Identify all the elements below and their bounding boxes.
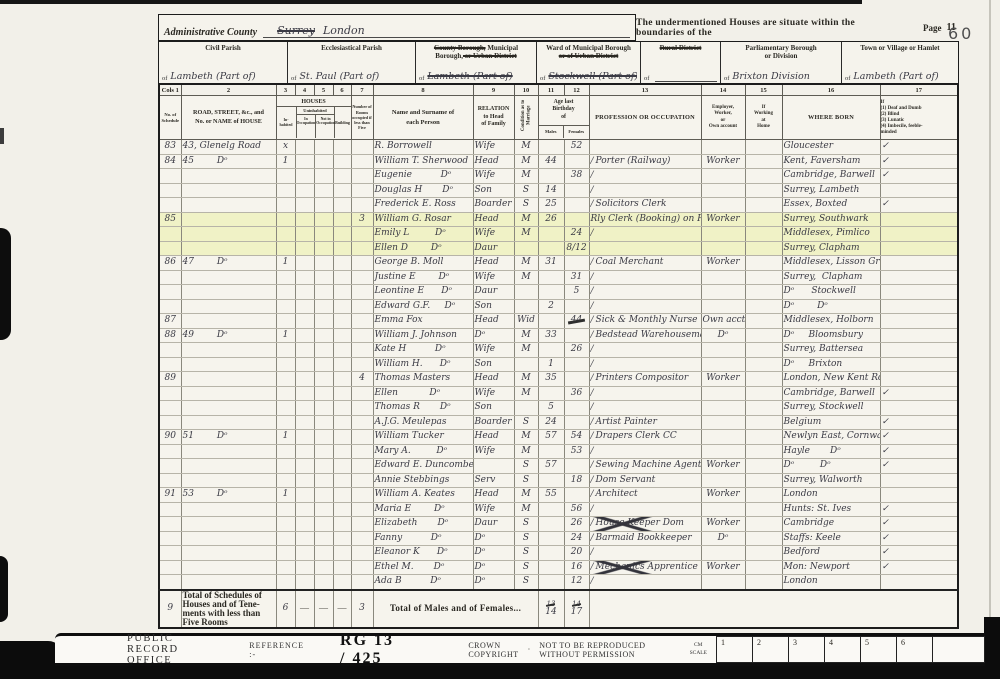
rooms-cell bbox=[351, 560, 373, 575]
of-label: of bbox=[540, 75, 545, 82]
column-number: 4 bbox=[295, 84, 314, 96]
tally-mark: ∕ bbox=[591, 576, 594, 586]
employer-cell bbox=[701, 169, 745, 184]
tally-mark: ∕ bbox=[591, 460, 594, 470]
inhabited-cell bbox=[276, 386, 295, 401]
profession-text: Drapers Clerk CC bbox=[596, 431, 677, 441]
at-home-cell bbox=[745, 488, 782, 503]
uninhabited-not-occupation-cell bbox=[314, 415, 333, 430]
census-row: 8445 Dᵒ1William T. SherwoodHeadM44∕Porte… bbox=[159, 154, 958, 169]
age-female-cell bbox=[564, 299, 589, 314]
infirmity-cell bbox=[880, 372, 958, 387]
ward-label: Ward of Municipal Borough or of Urban Di… bbox=[537, 42, 640, 61]
employer-cell: Worker bbox=[701, 372, 745, 387]
relation-cell: Wife bbox=[473, 227, 514, 242]
relation-cell: Wife bbox=[473, 140, 514, 155]
totals-males-struck: 13 bbox=[540, 601, 563, 608]
county-struck-value: Surrey bbox=[277, 24, 315, 37]
condition-cell: S bbox=[514, 198, 538, 213]
census-scan-page: 60 Administrative County Surrey London T… bbox=[0, 0, 1000, 679]
age-male-cell bbox=[538, 314, 564, 329]
address-cell bbox=[181, 212, 276, 227]
column-number: 16 bbox=[782, 84, 880, 96]
tally-mark: ∕ bbox=[591, 257, 594, 267]
name-cell: Ada B Dᵒ bbox=[373, 575, 473, 590]
uninhabited-not-occupation-cell bbox=[314, 285, 333, 300]
census-row: Edward G.F. DᵒSon2∕Dᵒ Dᵒ bbox=[159, 299, 958, 314]
infirmity-cell: ✓ bbox=[880, 386, 958, 401]
employer-cell bbox=[701, 401, 745, 416]
relation-cell: Wife bbox=[473, 502, 514, 517]
at-home-cell bbox=[745, 575, 782, 590]
census-row: Kate H DᵒWifeM26∕Surrey, Battersea bbox=[159, 343, 958, 358]
scan-blob bbox=[0, 228, 11, 340]
profession-cell: ∕Drapers Clerk CC bbox=[589, 430, 701, 445]
schedule-number-cell: 84 bbox=[159, 154, 181, 169]
profession-cell: ∕Coal Merchant bbox=[589, 256, 701, 271]
uninhabited-not-occupation-cell bbox=[314, 401, 333, 416]
census-row: 853William G. RosarHeadM26Rly Clerk (Boo… bbox=[159, 212, 958, 227]
schedule-number-cell bbox=[159, 401, 181, 416]
relation-cell: Wife bbox=[473, 444, 514, 459]
born-cell: London bbox=[782, 575, 880, 590]
address-cell bbox=[181, 560, 276, 575]
uninhabited-in-occupation-cell bbox=[295, 430, 314, 445]
address-cell: 45 Dᵒ bbox=[181, 154, 276, 169]
profession-text: Dom Servant bbox=[596, 475, 656, 485]
name-cell: George B. Moll bbox=[373, 256, 473, 271]
schedule-number-cell bbox=[159, 343, 181, 358]
census-row: William H. DᵒSon1∕Dᵒ Brixton bbox=[159, 357, 958, 372]
at-home-cell bbox=[745, 256, 782, 271]
address-cell bbox=[181, 372, 276, 387]
age-male-cell bbox=[538, 270, 564, 285]
census-row: Ethel M. DᵒDᵒS16∕Mechanics ApprenticeWor… bbox=[159, 560, 958, 575]
infirmity-cell bbox=[880, 256, 958, 271]
age-male-cell bbox=[538, 444, 564, 459]
born-cell: Middlesex, Holborn bbox=[782, 314, 880, 329]
reference-value: RG 13 / 425 bbox=[340, 632, 394, 668]
rooms-cell: 3 bbox=[351, 212, 373, 227]
inhabited-cell bbox=[276, 314, 295, 329]
census-row: Ellen D DᵒDaur8/12Surrey, Clapham bbox=[159, 241, 958, 256]
profession-cell: ∕ bbox=[589, 357, 701, 372]
civil-parish-value: Lambeth (Part of) bbox=[170, 71, 255, 82]
age-female-cell: 56 bbox=[564, 502, 589, 517]
employer-cell: Worker bbox=[701, 517, 745, 532]
building-cell bbox=[333, 140, 351, 155]
column-number: 2 bbox=[181, 84, 276, 96]
age-male-cell: 1 bbox=[538, 357, 564, 372]
uninhabited-in-occupation-cell bbox=[295, 270, 314, 285]
rooms-cell bbox=[351, 517, 373, 532]
age-male-cell: 26 bbox=[538, 212, 564, 227]
totals-inhabited: 6 bbox=[276, 590, 295, 628]
age-female-cell: 5 bbox=[564, 285, 589, 300]
infirmity-cell bbox=[880, 401, 958, 416]
rooms-cell bbox=[351, 575, 373, 590]
schedule-number-cell bbox=[159, 517, 181, 532]
census-row: 9051 Dᵒ1William TuckerHeadM5754∕Drapers … bbox=[159, 430, 958, 445]
name-cell: Justine E Dᵒ bbox=[373, 270, 473, 285]
address-cell bbox=[181, 285, 276, 300]
uninhabited-not-occupation-cell bbox=[314, 183, 333, 198]
age-female-cell: 44 bbox=[564, 314, 589, 329]
condition-cell: S bbox=[514, 415, 538, 430]
totals-males: 13 14 bbox=[538, 590, 564, 628]
age-male-cell: 31 bbox=[538, 256, 564, 271]
uninhabited-not-occupation-cell bbox=[314, 575, 333, 590]
profession-cell: ∕ bbox=[589, 502, 701, 517]
infirmity-cell: ✓ bbox=[880, 517, 958, 532]
schedule-number-cell bbox=[159, 227, 181, 242]
column-number: 6 bbox=[333, 84, 351, 96]
name-cell: Kate H Dᵒ bbox=[373, 343, 473, 358]
of-label: of bbox=[845, 75, 850, 82]
schedule-number-cell bbox=[159, 546, 181, 561]
inhabited-cell bbox=[276, 444, 295, 459]
inhabited-cell bbox=[276, 299, 295, 314]
profession-cell: ∕Printers Compositor bbox=[589, 372, 701, 387]
profession-text: Rly Clerk (Booking) on Ry bbox=[591, 214, 702, 224]
column-number: 10 bbox=[514, 84, 538, 96]
infirmity-cell: ✓ bbox=[880, 546, 958, 561]
census-row: Thomas R DᵒSon5∕Surrey, Stockwell bbox=[159, 401, 958, 416]
employer-cell bbox=[701, 415, 745, 430]
inhabited-cell: 1 bbox=[276, 328, 295, 343]
at-home-cell bbox=[745, 212, 782, 227]
form-header-row: Administrative County Surrey London The … bbox=[158, 14, 959, 41]
inhabited-cell bbox=[276, 517, 295, 532]
infirmity-cell bbox=[880, 488, 958, 503]
condition-cell: M bbox=[514, 430, 538, 445]
born-cell: Dᵒ Dᵒ bbox=[782, 459, 880, 474]
relation-cell: Wife bbox=[473, 169, 514, 184]
address-cell bbox=[181, 299, 276, 314]
relation-cell: Head bbox=[473, 256, 514, 271]
rooms-cell bbox=[351, 241, 373, 256]
condition-cell: M bbox=[514, 502, 538, 517]
column-number: 17 bbox=[880, 84, 958, 96]
county-value: London bbox=[323, 24, 365, 37]
employer-cell bbox=[701, 575, 745, 590]
address-cell: 47 Dᵒ bbox=[181, 256, 276, 271]
employer-cell: Worker bbox=[701, 212, 745, 227]
schedule-number-cell bbox=[159, 386, 181, 401]
employer-cell bbox=[701, 430, 745, 445]
schedule-number-cell bbox=[159, 285, 181, 300]
uninhabited-in-occupation-cell bbox=[295, 459, 314, 474]
at-home-cell bbox=[745, 502, 782, 517]
at-home-cell bbox=[745, 415, 782, 430]
uninhabited-in-occupation-cell bbox=[295, 169, 314, 184]
infirmity-cell bbox=[880, 314, 958, 329]
totals-uninhabited-in: — bbox=[295, 590, 314, 628]
uninhabited-in-occupation-cell bbox=[295, 415, 314, 430]
born-cell: Cambridge, Barwell bbox=[782, 169, 880, 184]
name-cell: Ellen D Dᵒ bbox=[373, 241, 473, 256]
building-cell bbox=[333, 270, 351, 285]
schedule-number-cell bbox=[159, 357, 181, 372]
building-cell bbox=[333, 488, 351, 503]
header-age-group: Age last Birthday of Males Females bbox=[538, 96, 589, 140]
rural-district-label: Rural District bbox=[660, 44, 702, 52]
totals-males-value: 14 bbox=[540, 608, 563, 617]
age-female-cell bbox=[564, 256, 589, 271]
ecclesiastical-parish-box: Ecclesiastical Parish ofSt. Paul (Part o… bbox=[287, 42, 415, 83]
employer-cell bbox=[701, 140, 745, 155]
relation-cell: Wife bbox=[473, 270, 514, 285]
ruler-cell: 2 bbox=[753, 636, 789, 663]
relation-cell: Dᵒ bbox=[473, 531, 514, 546]
name-cell: Maria E Dᵒ bbox=[373, 502, 473, 517]
profession-cell: ∕ bbox=[589, 401, 701, 416]
condition-cell: M bbox=[514, 444, 538, 459]
building-cell bbox=[333, 198, 351, 213]
profession-cell: ∕ bbox=[589, 169, 701, 184]
age-female-cell bbox=[564, 459, 589, 474]
age-female-cell bbox=[564, 212, 589, 227]
profession-cell: ∕Architect bbox=[589, 488, 701, 503]
inhabited-cell bbox=[276, 270, 295, 285]
profession-text: Solicitors Clerk bbox=[596, 199, 667, 209]
permission-label: NOT TO BE REPRODUCED WITHOUT PERMISSION bbox=[539, 641, 647, 659]
totals-females-value: 17 bbox=[566, 608, 588, 617]
administrative-county-label: Administrative County bbox=[164, 27, 257, 38]
inhabited-cell bbox=[276, 169, 295, 184]
profession-cell: ∕ bbox=[589, 270, 701, 285]
born-cell: London bbox=[782, 488, 880, 503]
profession-cell: ∕ bbox=[589, 444, 701, 459]
born-cell: Cambridge bbox=[782, 517, 880, 532]
employer-cell: Dᵒ bbox=[701, 531, 745, 546]
tally-mark: ∕ bbox=[591, 388, 594, 398]
uninhabited-in-occupation-cell bbox=[295, 212, 314, 227]
address-cell bbox=[181, 415, 276, 430]
uninhabited-in-occupation-cell bbox=[295, 386, 314, 401]
born-cell: Middlesex, Lisson Grove bbox=[782, 256, 880, 271]
born-cell: London, New Kent Rd bbox=[782, 372, 880, 387]
header-houses-group: HOUSES In- habited Uninhabited In Occupa… bbox=[276, 96, 351, 140]
age-female-cell: 54 bbox=[564, 430, 589, 445]
age-male-cell bbox=[538, 140, 564, 155]
label-struck: or Urban District bbox=[463, 52, 517, 60]
column-number: Cols 1 bbox=[159, 84, 181, 96]
profession-cell: ∕ bbox=[589, 299, 701, 314]
uninhabited-not-occupation-cell bbox=[314, 444, 333, 459]
born-cell: Surrey, Lambeth bbox=[782, 183, 880, 198]
inhabited-cell: 1 bbox=[276, 256, 295, 271]
rooms-cell bbox=[351, 531, 373, 546]
header-rooms: Number of Rooms occupied if less than Fi… bbox=[351, 96, 373, 140]
uninhabited-not-occupation-cell bbox=[314, 430, 333, 445]
relation-cell: Wife bbox=[473, 343, 514, 358]
tally-mark: ∕ bbox=[591, 504, 594, 514]
uninhabited-not-occupation-cell bbox=[314, 488, 333, 503]
totals-schedules: 9 bbox=[159, 590, 181, 628]
uninhabited-not-occupation-cell bbox=[314, 314, 333, 329]
profession-text: Barmaid Bookkeeper bbox=[596, 533, 692, 543]
employer-cell: Worker bbox=[701, 560, 745, 575]
name-cell: Edward G.F. Dᵒ bbox=[373, 299, 473, 314]
at-home-cell bbox=[745, 314, 782, 329]
name-cell: Edward E. Duncombe bbox=[373, 459, 473, 474]
uninhabited-in-occupation-cell bbox=[295, 517, 314, 532]
header-road-street: ROAD, STREET, &c., and No. or NAME of HO… bbox=[181, 96, 276, 140]
totals-males-females-label: Total of Males and of Females... bbox=[373, 590, 538, 628]
building-cell bbox=[333, 285, 351, 300]
rooms-cell bbox=[351, 183, 373, 198]
column-number: 3 bbox=[276, 84, 295, 96]
uninhabited-not-occupation-cell bbox=[314, 140, 333, 155]
relation-cell: Head bbox=[473, 488, 514, 503]
parliamentary-borough-box: Parliamentary Borough or Division ofBrix… bbox=[720, 42, 841, 83]
parliamentary-borough-label: Parliamentary Borough or Division bbox=[721, 42, 841, 61]
schedule-number-cell bbox=[159, 531, 181, 546]
infirmity-cell bbox=[880, 328, 958, 343]
profession-cell bbox=[589, 140, 701, 155]
separator-dot: · bbox=[528, 645, 531, 654]
rooms-cell bbox=[351, 343, 373, 358]
rooms-cell bbox=[351, 154, 373, 169]
age-female-cell: 26 bbox=[564, 343, 589, 358]
scan-blob bbox=[0, 556, 8, 622]
uninhabited-in-occupation-cell bbox=[295, 531, 314, 546]
header-infirmity: If (1) Deaf and Dumb (2) Blind (3) Lunat… bbox=[880, 96, 958, 140]
rooms-cell bbox=[351, 546, 373, 561]
uninhabited-in-occupation-cell bbox=[295, 154, 314, 169]
relation-cell: Boarder bbox=[473, 198, 514, 213]
born-cell: Gloucester bbox=[782, 140, 880, 155]
age-female-cell: 20 bbox=[564, 546, 589, 561]
at-home-cell bbox=[745, 357, 782, 372]
rooms-cell bbox=[351, 430, 373, 445]
uninhabited-in-occupation-cell bbox=[295, 502, 314, 517]
municipal-borough-label: County Borough, Municipal Borough, or Ur… bbox=[416, 42, 536, 61]
name-cell: Eugenie Dᵒ bbox=[373, 169, 473, 184]
address-cell bbox=[181, 343, 276, 358]
address-cell bbox=[181, 444, 276, 459]
age-female-cell bbox=[564, 154, 589, 169]
inhabited-cell: 1 bbox=[276, 430, 295, 445]
infirmity-cell bbox=[880, 227, 958, 242]
municipal-borough-box: County Borough, Municipal Borough, or Ur… bbox=[415, 42, 536, 83]
census-row: 8647 Dᵒ1George B. MollHeadM31∕Coal Merch… bbox=[159, 256, 958, 271]
profession-text: Mechanics Apprentice bbox=[596, 562, 698, 572]
tally-mark: ∕ bbox=[591, 518, 594, 528]
age-female-cell bbox=[564, 183, 589, 198]
name-cell: Annie Stebbings bbox=[373, 473, 473, 488]
name-cell: William T. Sherwood bbox=[373, 154, 473, 169]
age-female-cell bbox=[564, 415, 589, 430]
infirmity-cell: ✓ bbox=[880, 154, 958, 169]
ruler-cell: 3 bbox=[789, 636, 825, 663]
relation-cell: Wife bbox=[473, 386, 514, 401]
rooms-cell bbox=[351, 169, 373, 184]
census-row: Edward E. DuncombeS57∕Sewing Machine Age… bbox=[159, 459, 958, 474]
uninhabited-not-occupation-cell bbox=[314, 227, 333, 242]
census-rows: 8343, Glenelg RoadxR. BorrowellWifeM52Gl… bbox=[159, 140, 958, 590]
label-struck: or of Urban District bbox=[559, 52, 619, 60]
age-male-cell bbox=[538, 546, 564, 561]
tally-mark: ∕ bbox=[591, 475, 594, 485]
condition-cell: S bbox=[514, 546, 538, 561]
of-label: of bbox=[162, 75, 167, 82]
header-name-surname: Name and Surname of each Person bbox=[373, 96, 473, 140]
uninhabited-in-occupation-cell bbox=[295, 285, 314, 300]
inhabited-cell bbox=[276, 415, 295, 430]
age-male-cell bbox=[538, 241, 564, 256]
infirmity-cell: ✓ bbox=[880, 198, 958, 213]
employer-cell bbox=[701, 198, 745, 213]
building-cell bbox=[333, 357, 351, 372]
totals-rooms: 3 bbox=[351, 590, 373, 628]
relation-cell: Head bbox=[473, 154, 514, 169]
uninhabited-not-occupation-cell bbox=[314, 517, 333, 532]
at-home-cell bbox=[745, 169, 782, 184]
census-row: Elizabeth DᵒDaurS26∕House Keeper DomWork… bbox=[159, 517, 958, 532]
age-male-cell: 57 bbox=[538, 430, 564, 445]
building-cell bbox=[333, 560, 351, 575]
uninhabited-in-occupation-cell bbox=[295, 546, 314, 561]
header-age-last-birthday: Age last Birthday of bbox=[539, 98, 589, 125]
born-cell: Essex, Boxted bbox=[782, 198, 880, 213]
employer-cell bbox=[701, 183, 745, 198]
header-employer-worker: Employer, Worker, or Own account bbox=[701, 96, 745, 140]
name-cell: Emma Fox bbox=[373, 314, 473, 329]
public-record-office-bar: PUBLIC RECORD OFFICE REFERENCE :- RG 13 … bbox=[55, 633, 985, 666]
building-cell bbox=[333, 415, 351, 430]
born-cell: Dᵒ Bloomsbury bbox=[782, 328, 880, 343]
employer-cell: Worker bbox=[701, 459, 745, 474]
building-cell bbox=[333, 299, 351, 314]
tally-mark: ∕ bbox=[591, 562, 594, 572]
condition-cell: M bbox=[514, 488, 538, 503]
uninhabited-not-occupation-cell bbox=[314, 154, 333, 169]
infirmity-cell: ✓ bbox=[880, 415, 958, 430]
profession-text: Coal Merchant bbox=[596, 257, 664, 267]
infirmity-cell: ✓ bbox=[880, 560, 958, 575]
uninhabited-in-occupation-cell bbox=[295, 299, 314, 314]
age-male-cell bbox=[538, 517, 564, 532]
age-male-cell: 33 bbox=[538, 328, 564, 343]
census-row: 9153 Dᵒ1William A. KeatesHeadM55∕Archite… bbox=[159, 488, 958, 503]
age-male-cell: 44 bbox=[538, 154, 564, 169]
rooms-cell bbox=[351, 227, 373, 242]
relation-cell: Head bbox=[473, 212, 514, 227]
profession-cell: ∕Porter (Railway) bbox=[589, 154, 701, 169]
born-cell: Cambridge, Barwell bbox=[782, 386, 880, 401]
label-struck: County Borough, bbox=[434, 44, 486, 52]
infirmity-cell: ✓ bbox=[880, 502, 958, 517]
born-cell: Middlesex, Pimlico bbox=[782, 227, 880, 242]
uninhabited-not-occupation-cell bbox=[314, 328, 333, 343]
inhabited-cell bbox=[276, 473, 295, 488]
ruler-cell: 4 bbox=[825, 636, 861, 663]
profession-cell: ∕House Keeper Dom bbox=[589, 517, 701, 532]
uninhabited-in-occupation-cell bbox=[295, 444, 314, 459]
condition-cell: M bbox=[514, 270, 538, 285]
infirmity-cell: ✓ bbox=[880, 169, 958, 184]
age-female-cell: 36 bbox=[564, 386, 589, 401]
header-uninhabited: Uninhabited bbox=[297, 107, 334, 115]
profession-cell: ∕ bbox=[589, 183, 701, 198]
profession-text: Sewing Machine Agent bbox=[596, 460, 701, 470]
uninhabited-not-occupation-cell bbox=[314, 212, 333, 227]
condition-cell: S bbox=[514, 560, 538, 575]
address-cell bbox=[181, 198, 276, 213]
address-cell bbox=[181, 314, 276, 329]
